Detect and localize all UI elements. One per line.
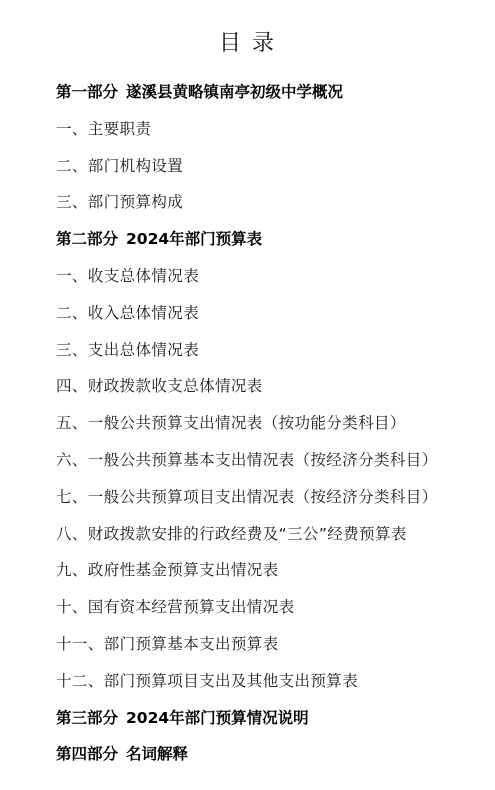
toc-item-table-4[interactable]: 四、财政拨款收支总体情况表 — [56, 374, 495, 411]
toc-item-table-12[interactable]: 十二、部门预算项目支出及其他支出预算表 — [56, 669, 495, 706]
toc-item-table-8[interactable]: 八、财政拨款安排的行政经费及“三公”经费预算表 — [56, 522, 495, 559]
toc-item-main-duties[interactable]: 一、主要职责 — [56, 117, 495, 154]
toc-item-table-3[interactable]: 三、支出总体情况表 — [56, 338, 495, 375]
toc-part-label: 名词解释 — [126, 745, 188, 763]
toc-part-4[interactable]: 第四部分名词解释 — [56, 742, 495, 779]
toc-part-prefix: 第三部分 — [56, 709, 118, 727]
toc-part-2[interactable]: 第二部分2024年部门预算表 — [56, 227, 495, 264]
table-of-contents: 第一部分遂溪县黄略镇南亭初级中学概况 一、主要职责 二、部门机构设置 三、部门预… — [56, 80, 495, 779]
toc-item-table-5[interactable]: 五、一般公共预算支出情况表（按功能分类科目） — [56, 411, 495, 448]
toc-item-table-7[interactable]: 七、一般公共预算项目支出情况表（按经济分类科目） — [56, 485, 495, 522]
toc-item-table-9[interactable]: 九、政府性基金预算支出情况表 — [56, 558, 495, 595]
toc-item-table-6[interactable]: 六、一般公共预算基本支出情况表（按经济分类科目） — [56, 448, 495, 485]
toc-part-prefix: 第二部分 — [56, 230, 118, 248]
toc-part-label: 遂溪县黄略镇南亭初级中学概况 — [126, 83, 343, 101]
toc-part-3[interactable]: 第三部分2024年部门预算情况说明 — [56, 706, 495, 743]
toc-part-prefix: 第一部分 — [56, 83, 118, 101]
toc-item-table-2[interactable]: 二、收入总体情况表 — [56, 301, 495, 338]
toc-part-label: 2024年部门预算情况说明 — [126, 709, 309, 727]
toc-item-table-1[interactable]: 一、收支总体情况表 — [56, 264, 495, 301]
toc-item-org-setup[interactable]: 二、部门机构设置 — [56, 154, 495, 191]
toc-part-label: 2024年部门预算表 — [126, 230, 262, 248]
page-title: 目 录 — [0, 30, 495, 58]
toc-part-prefix: 第四部分 — [56, 745, 118, 763]
toc-item-table-10[interactable]: 十、国有资本经营预算支出情况表 — [56, 595, 495, 632]
toc-part-1[interactable]: 第一部分遂溪县黄略镇南亭初级中学概况 — [56, 80, 495, 117]
toc-item-budget-composition[interactable]: 三、部门预算构成 — [56, 190, 495, 227]
toc-item-table-11[interactable]: 十一、部门预算基本支出预算表 — [56, 632, 495, 669]
